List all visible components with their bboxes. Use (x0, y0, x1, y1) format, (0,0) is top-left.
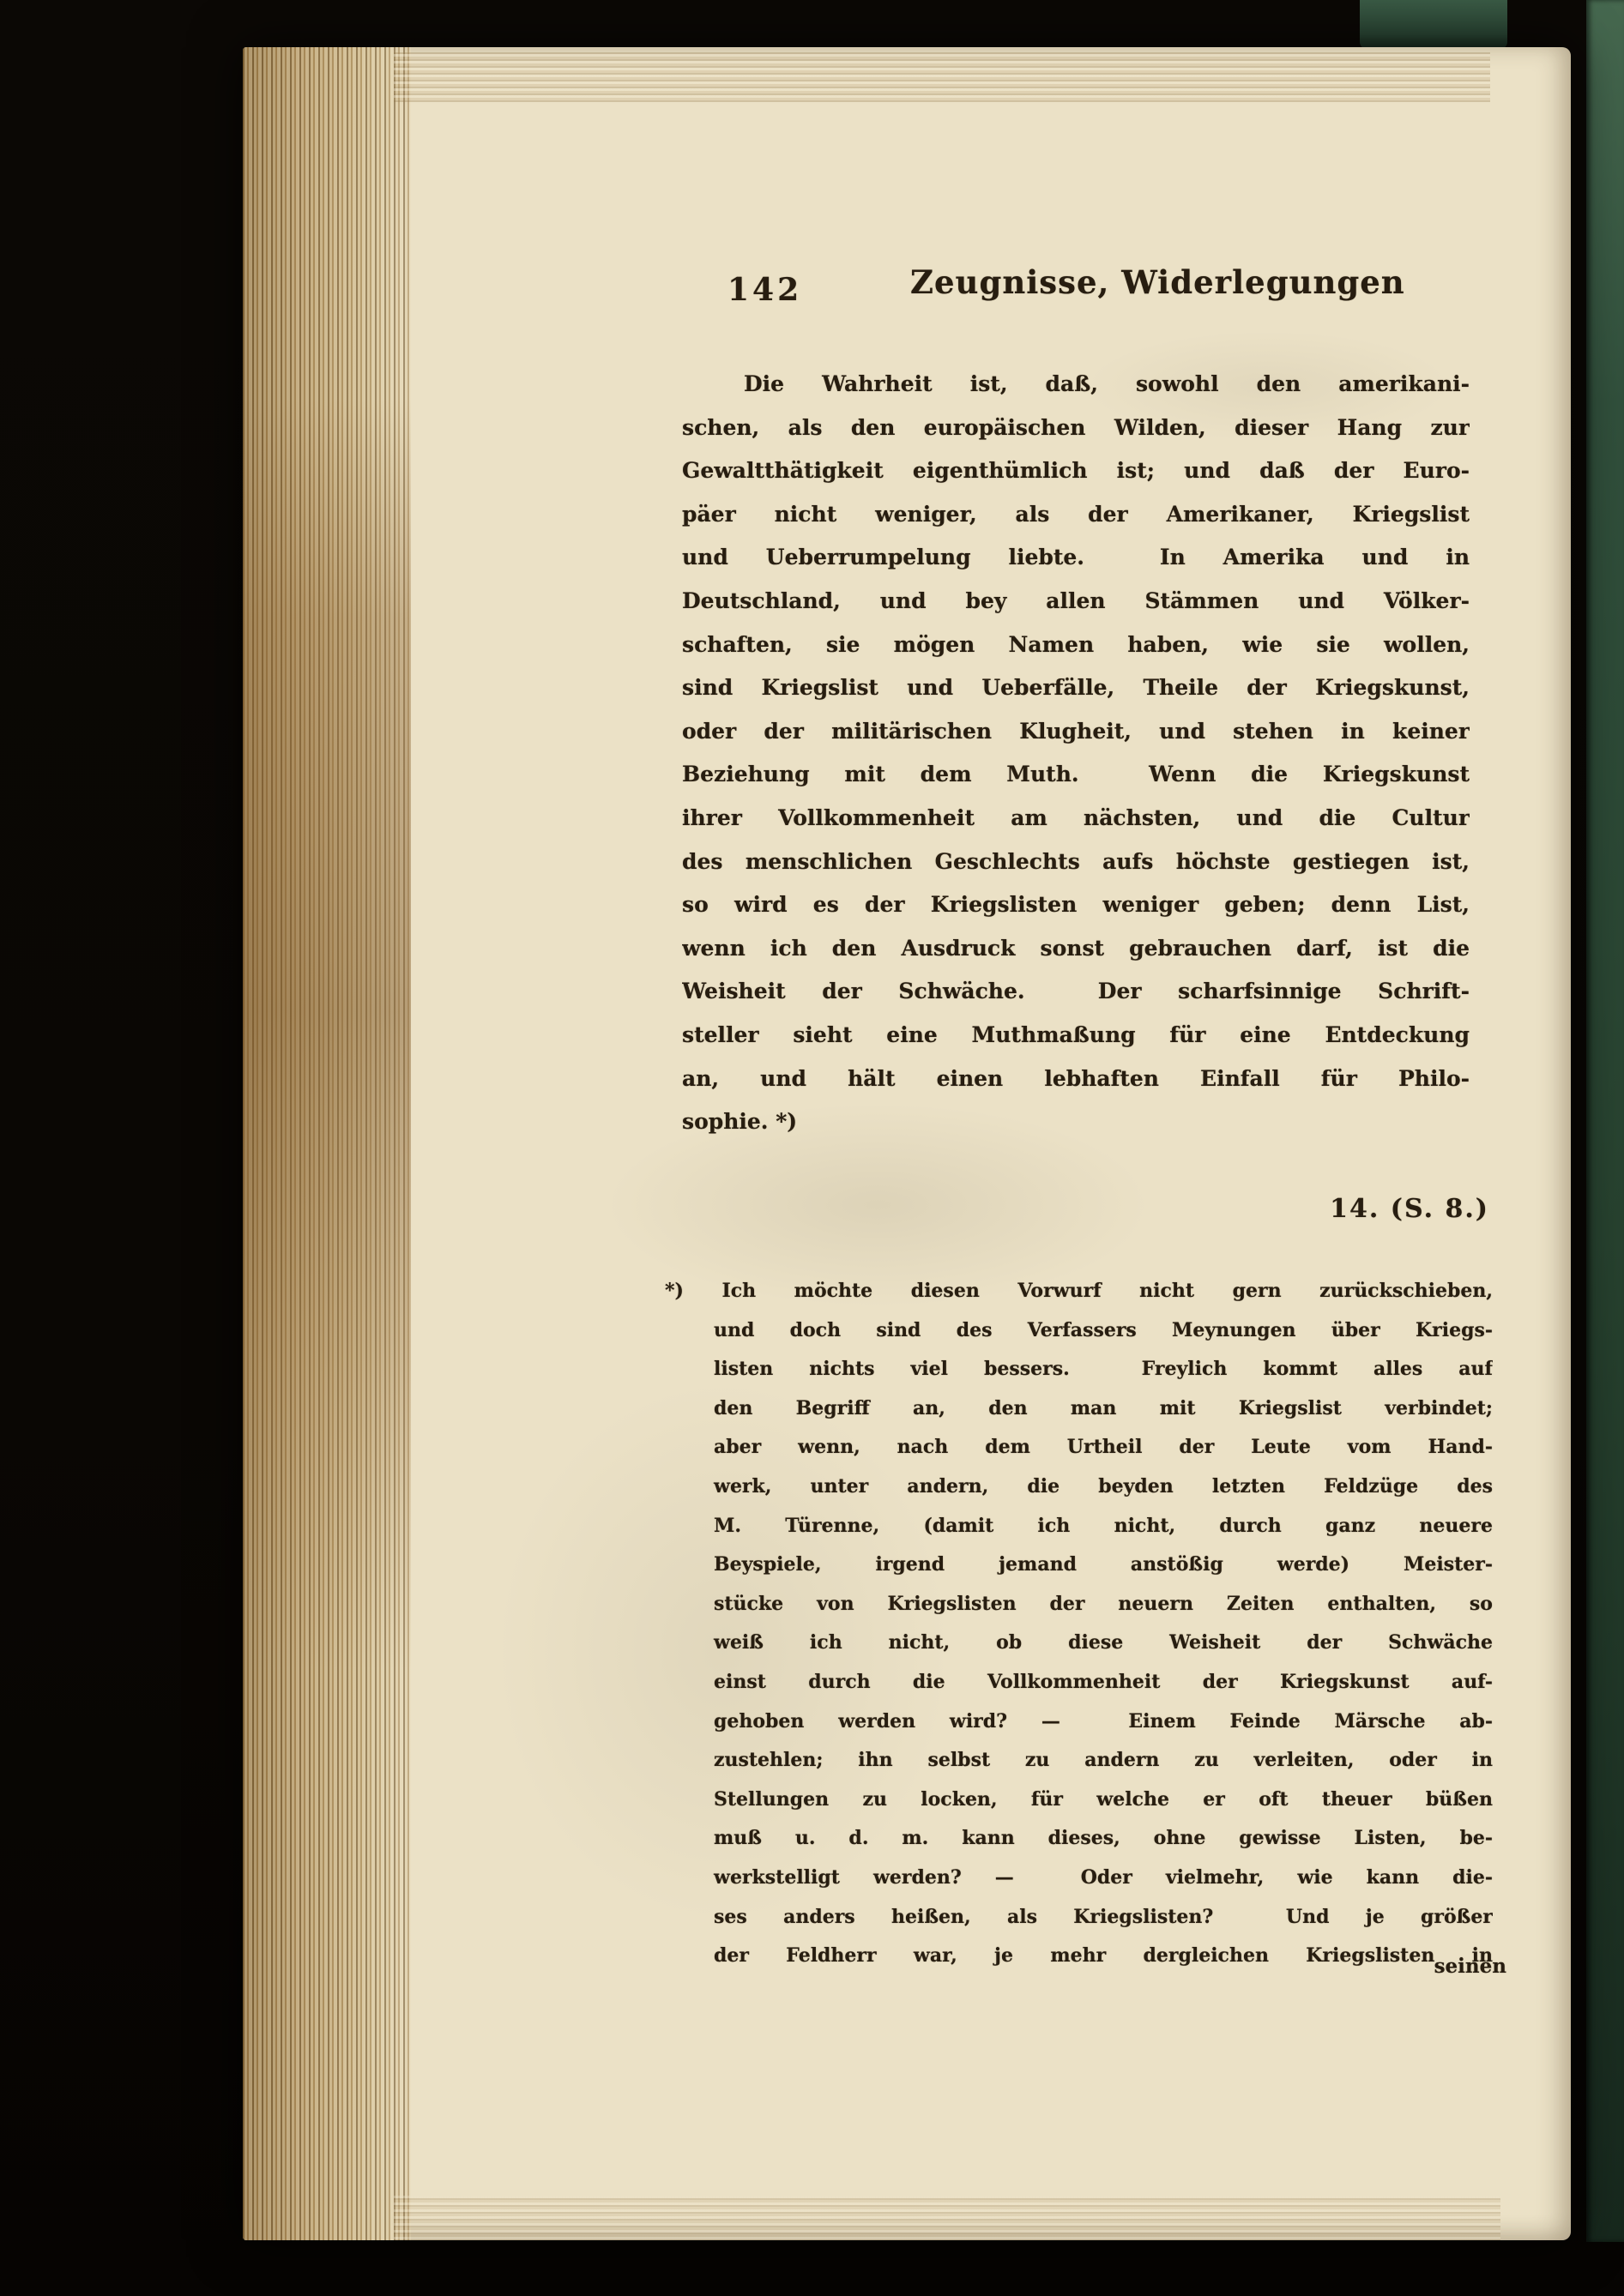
text-line: werk, unter andern, die beyden letzten F… (665, 1467, 1493, 1507)
text-line: Deutschland, und bey allen Stämmen und V… (682, 580, 1470, 624)
text-line: an, und hält einen lebhaften Einfall für… (682, 1058, 1470, 1101)
text-line: Beyspiele, irgend jemand anstößig werde)… (665, 1546, 1493, 1585)
text-line: Weisheit der Schwäche. Der scharfsinnige… (682, 970, 1470, 1014)
text-line: Die Wahrheit ist, daß, sowohl den amerik… (682, 363, 1470, 407)
text-line: der Feldherr war, je mehr dergleichen Kr… (665, 1937, 1493, 1976)
text-line: sophie. *) (682, 1100, 1470, 1144)
text-line: oder der militärischen Klugheit, und ste… (682, 710, 1470, 754)
page-number: 142 (727, 272, 802, 308)
text-line: Stellungen zu locken, für welche er oft … (665, 1781, 1493, 1820)
text-line: päer nicht weniger, als der Amerikaner, … (682, 493, 1470, 537)
text-line: so wird es der Kriegslisten weniger gebe… (682, 883, 1470, 927)
text-line: gehoben werden wird? — Einem Feinde Märs… (665, 1702, 1493, 1742)
page-stack-edge-bottom (394, 2196, 1500, 2240)
text-line: muß u. d. m. kann dieses, ohne gewisse L… (665, 1819, 1493, 1859)
text-line: einst durch die Vollkommenheit der Krieg… (665, 1663, 1493, 1702)
text-line: zustehlen; ihn selbst zu andern zu verle… (665, 1741, 1493, 1781)
section-marker: 14. (S. 8.) (1330, 1194, 1489, 1224)
text-line: schaften, sie mögen Namen haben, wie sie… (682, 624, 1470, 667)
text-line: ihrer Vollkommenheit am nächsten, und di… (682, 797, 1470, 841)
footnote-block: *) Ich möchte diesen Vorwurf nicht gern … (665, 1272, 1493, 1976)
catchword: seinen (1434, 1955, 1506, 1978)
text-line: sind Kriegslist und Ueberfälle, Theile d… (682, 666, 1470, 710)
text-line: aber wenn, nach dem Urtheil der Leute vo… (665, 1428, 1493, 1467)
text-line: steller sieht eine Muthmaßung für eine E… (682, 1014, 1470, 1058)
page-stack-edge-top (394, 52, 1490, 102)
text-line: stücke von Kriegslisten der neuern Zeite… (665, 1585, 1493, 1624)
text-line: schen, als den europäischen Wilden, dies… (682, 407, 1470, 450)
text-line: des menschlichen Geschlechts aufs höchst… (682, 841, 1470, 884)
book-page: 142 Zeugnisse, Widerlegungen Die Wahrhei… (243, 47, 1571, 2240)
text-line: und Ueberrumpelung liebte. In Amerika un… (682, 536, 1470, 580)
photo-background: 142 Zeugnisse, Widerlegungen Die Wahrhei… (0, 0, 1624, 2296)
book-cover-edge-top (1360, 0, 1507, 49)
text-line: wenn ich den Ausdruck sonst gebrauchen d… (682, 927, 1470, 971)
text-line: Beziehung mit dem Muth. Wenn die Kriegsk… (682, 753, 1470, 797)
text-line: weiß ich nicht, ob diese Weisheit der Sc… (665, 1624, 1493, 1663)
text-line: werkstelligt werden? — Oder vielmehr, wi… (665, 1859, 1493, 1898)
text-line: M. Türenne, (damit ich nicht, durch ganz… (665, 1507, 1493, 1546)
text-line: ses anders heißen, als Kriegslisten? Und… (665, 1898, 1493, 1937)
running-title: Zeugnisse, Widerlegungen (910, 263, 1405, 301)
book-cover-edge-right (1586, 0, 1624, 2242)
text-line: listen nichts viel bessers. Freylich kom… (665, 1350, 1493, 1389)
text-line: *) Ich möchte diesen Vorwurf nicht gern … (665, 1272, 1493, 1311)
text-line: und doch sind des Verfassers Meynungen ü… (665, 1311, 1493, 1351)
page-stack-fore-edge (243, 47, 411, 2240)
text-line: den Begriff an, den man mit Kriegslist v… (665, 1389, 1493, 1429)
text-line: Gewaltthätigkeit eigenthümlich ist; und … (682, 449, 1470, 493)
main-text-block: Die Wahrheit ist, daß, sowohl den amerik… (682, 363, 1470, 1144)
